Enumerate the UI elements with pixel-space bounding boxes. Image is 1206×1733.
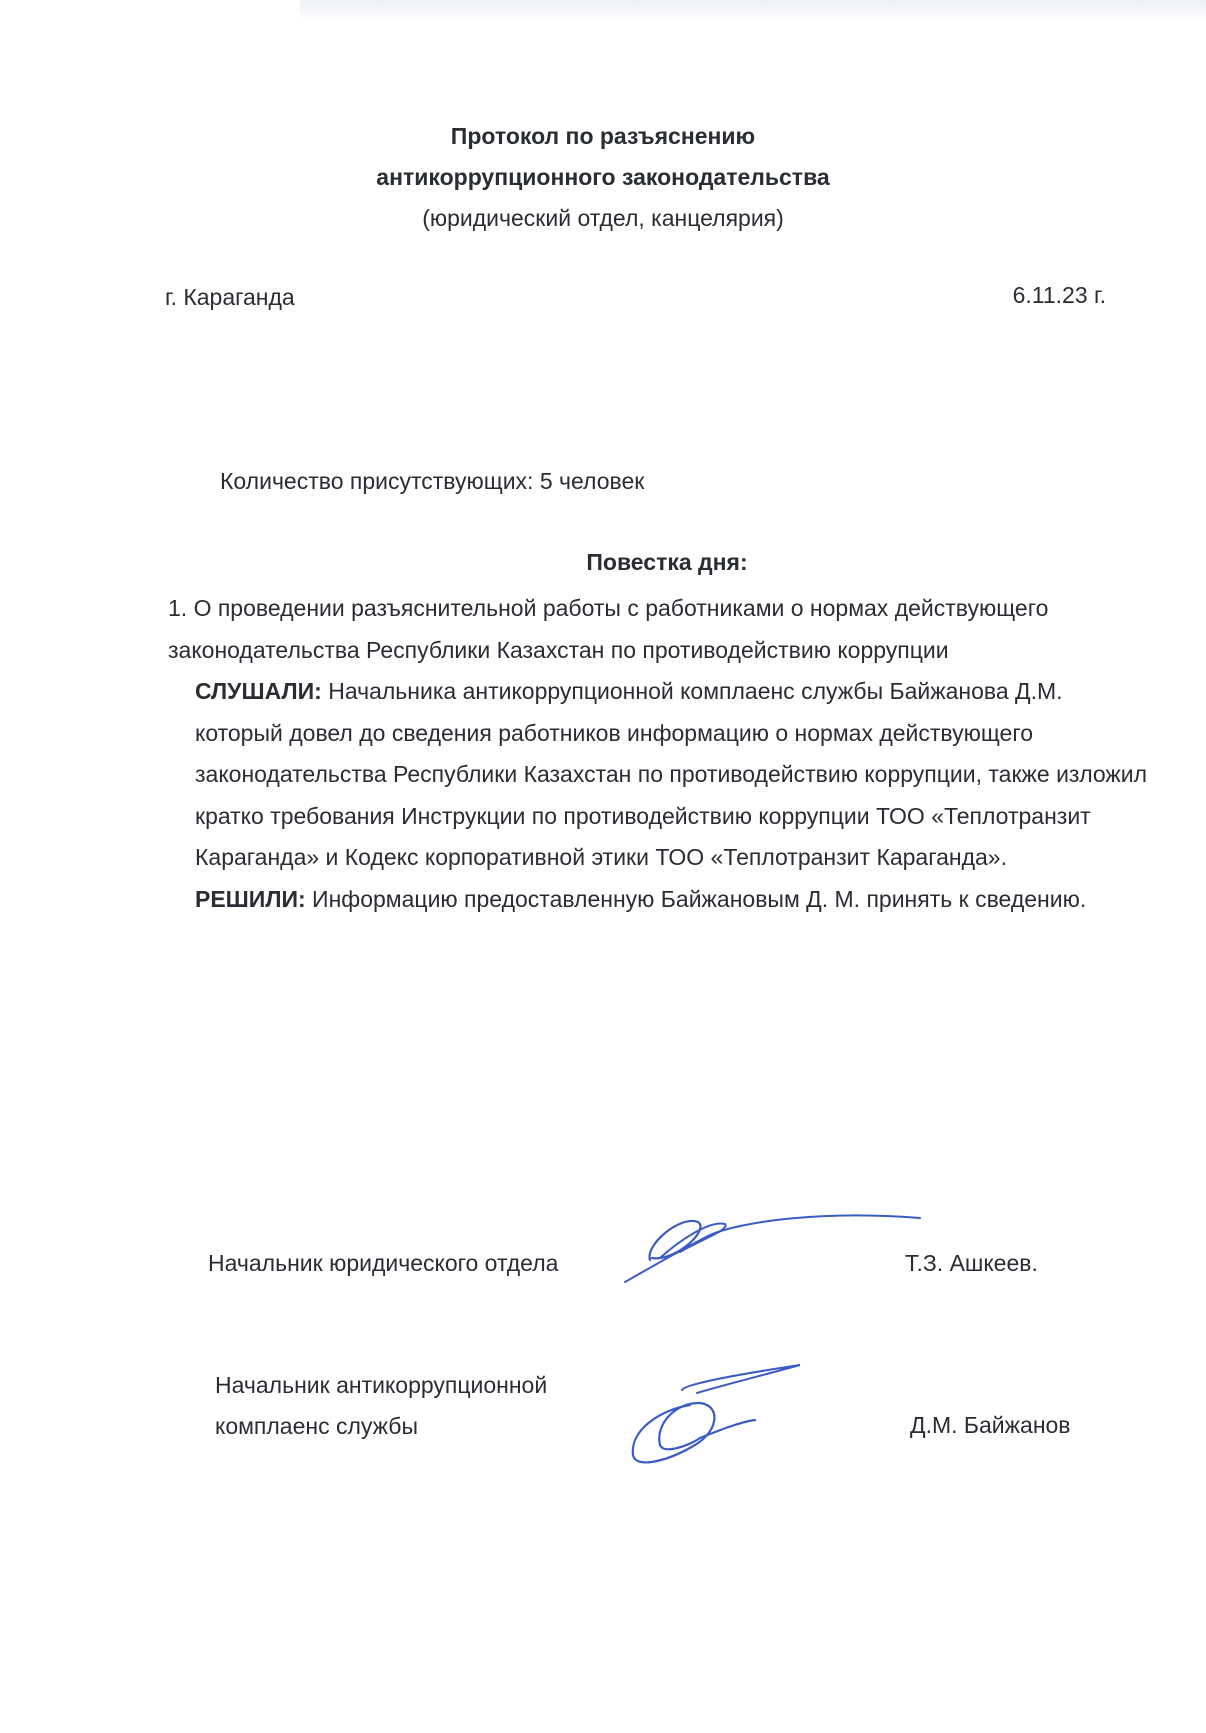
heard-text: Начальника антикоррупционной комплаенс с…: [195, 678, 1147, 870]
signatory-1-position: Начальник юридического отдела: [208, 1243, 558, 1284]
attendees-count: Количество присутствующих: 5 человек: [220, 468, 644, 495]
signatory-2-position-line-2: комплаенс службы: [215, 1406, 547, 1447]
date-label: 6.11.23 г.: [1013, 282, 1106, 309]
decided-text: Информацию предоставленную Байжановым Д.…: [306, 886, 1087, 912]
document-page: Протокол по разъяснению антикоррупционно…: [0, 0, 1206, 1733]
decided-paragraph: РЕШИЛИ: Информацию предоставленную Байжа…: [168, 879, 1148, 921]
heard-label: СЛУШАЛИ:: [195, 678, 322, 704]
agenda-item: 1. О проведении разъяснительной работы с…: [168, 588, 1148, 671]
document-title-line-1: Протокол по разъяснению: [0, 116, 1206, 157]
signatory-2-name: Д.М. Байжанов: [910, 1405, 1071, 1446]
decided-label: РЕШИЛИ:: [195, 886, 306, 912]
document-title-line-2: антикоррупционного законодательства: [0, 157, 1206, 198]
heard-paragraph: СЛУШАЛИ: Начальника антикоррупционной ко…: [168, 671, 1148, 879]
signature-2-icon: [600, 1360, 840, 1500]
agenda-heading: Повестка дня:: [0, 549, 1206, 576]
signatory-1-name: Т.З. Ашкеев.: [905, 1243, 1038, 1284]
signatory-2-position-line-1: Начальник антикоррупционной: [215, 1365, 547, 1406]
protocol-body: 1. О проведении разъяснительной работы с…: [168, 588, 1148, 920]
signature-1-icon: [620, 1200, 940, 1300]
document-header: Протокол по разъяснению антикоррупционно…: [0, 116, 1206, 239]
signatory-2-position: Начальник антикоррупционной комплаенс сл…: [215, 1365, 547, 1447]
document-subtitle: (юридический отдел, канцелярия): [0, 198, 1206, 239]
city-label: г. Караганда: [165, 284, 295, 311]
